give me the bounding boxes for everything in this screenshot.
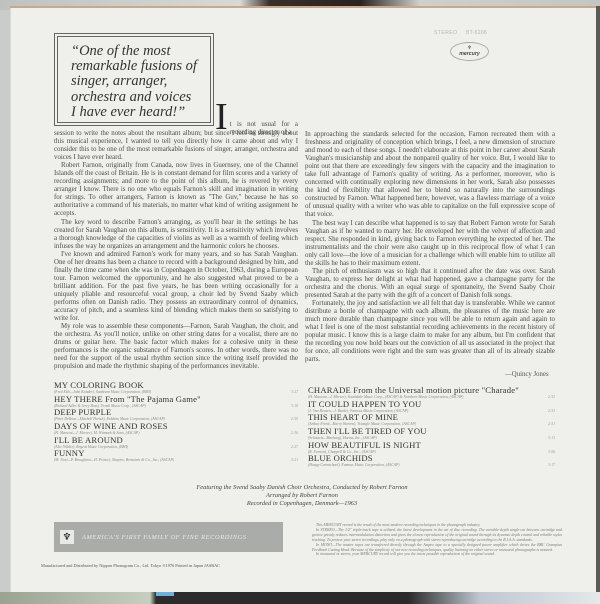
manufacturer-notice: Manufactured and Distributed by Nippon P…	[41, 563, 220, 568]
track-credit: (Hoagy Carmichael), Famous Music Corpora…	[308, 463, 555, 468]
pull-quote-text: “One of the most remarkable fusions of s…	[71, 44, 210, 120]
liner-paragraph: Fortunately, the joy and satisfaction we…	[305, 300, 555, 364]
cover-top-edge	[10, 6, 598, 8]
track-title: THIS HEART OF MINE	[308, 413, 555, 422]
pull-quote-box: “One of the most remarkable fusions of s…	[54, 33, 214, 126]
track-time: 2:53	[548, 409, 555, 413]
track-credit: (M. Noel—P. Broughton—H. Prince), Shapir…	[54, 458, 298, 463]
track-time: 3:13	[548, 436, 555, 440]
track-time: 3:21	[291, 458, 298, 462]
track-item: IT COULD HAPPEN TO YOU (J. Van Heusen—J.…	[308, 400, 555, 414]
liner-notes-right-column: In approaching the standards selected fo…	[305, 131, 555, 364]
track-time: 3:27	[291, 390, 298, 394]
liner-paragraph: In approaching the standards selected fo…	[305, 131, 555, 220]
track-title: I'LL BE AROUND	[54, 436, 298, 445]
track-time: 2:53	[548, 395, 555, 399]
drop-cap: I	[215, 102, 228, 132]
liner-paragraph: session to write the notes about the res…	[54, 130, 298, 162]
track-time: 2:50	[291, 417, 298, 421]
photo-background-bottom	[0, 592, 600, 604]
track-title: MY COLORING BOOK	[54, 381, 298, 390]
technical-note: In monaural or stereo, your MERCURY reco…	[312, 552, 562, 557]
track-item: DAYS OF WINE AND ROSES (H. Mancini—J. Me…	[54, 422, 298, 436]
liner-paragraph: I've known and admired Farnon's work for…	[54, 251, 298, 323]
tracklist-side-one: MY COLORING BOOK (Fred Ebb—John Kander),…	[54, 381, 298, 463]
author-signature: —Quincy Jones	[505, 371, 549, 378]
liner-paragraph: The key word to describe Farnon's arrang…	[54, 219, 298, 251]
recording-credits: Featuring the Svend Saaby Danish Choir O…	[172, 484, 432, 509]
track-time: 3:18	[291, 404, 298, 408]
track-title: DAYS OF WINE AND ROSES	[54, 422, 298, 431]
catalog-number: BT-5206	[466, 30, 487, 36]
track-time: 2:51	[548, 422, 555, 426]
track-item: HEY THERE From "The Pajama Game" (Richar…	[54, 395, 298, 409]
track-time: 2:27	[291, 445, 298, 449]
liner-paragraph: My role was to assemble these components…	[54, 323, 298, 371]
track-title: CHARADE From the Universal motion pictur…	[308, 386, 555, 395]
track-time: 3:06	[548, 450, 555, 454]
mercury-technical-notes: This MERCURY record is the result of the…	[312, 523, 562, 557]
track-item: I'LL BE AROUND (Alec Wilder), Regent Mus…	[54, 436, 298, 450]
stereo-label: STEREO	[434, 30, 458, 36]
credits-featuring: Featuring the Svend Saaby Danish Choir O…	[172, 484, 432, 492]
track-item: BLUE ORCHIDS (Hoagy Carmichael), Famous …	[308, 454, 555, 468]
track-item: CHARADE From the Universal motion pictur…	[308, 386, 555, 400]
credits-recorded: Recorded in Copenhagen, Denmark—1963	[172, 500, 432, 508]
banner-slogan: AMERICA'S FIRST FAMILY OF FINE RECORDING…	[82, 534, 247, 541]
track-title: IT COULD HAPPEN TO YOU	[308, 400, 555, 409]
technical-note: In STEREO—The 1/2" triple-track tape is …	[312, 528, 562, 543]
background-blue-object	[156, 592, 174, 596]
track-title: THEN I'LL BE TIRED OF YOU	[308, 427, 555, 436]
cover-right-edge	[596, 6, 600, 594]
track-title: HOW BEAUTIFUL IS NIGHT	[308, 441, 555, 450]
track-item: MY COLORING BOOK (Fred Ebb—John Kander),…	[54, 381, 298, 395]
track-title: DEEP PURPLE	[54, 408, 298, 417]
track-time: 3:17	[548, 463, 555, 467]
liner-notes-left-column: session to write the notes about the res…	[54, 130, 298, 371]
track-title: HEY THERE From "The Pajama Game"	[54, 395, 298, 404]
track-item: THEN I'LL BE TIRED OF YOU (Schwartz—Harb…	[308, 427, 555, 441]
mercury-logo: ♆ mercury	[450, 42, 489, 61]
track-item: THIS HEART OF MINE (Arthur Freed—Harry W…	[308, 413, 555, 427]
mercury-logo-text: mercury	[459, 51, 479, 57]
track-time: 2:36	[291, 431, 298, 435]
track-item: HOW BEAUTIFUL IS NIGHT (R. Farnon), Chap…	[308, 441, 555, 455]
tracklist-side-two: CHARADE From the Universal motion pictur…	[308, 386, 555, 468]
pull-quote-inner-frame: “One of the most remarkable fusions of s…	[57, 36, 211, 123]
liner-paragraph: The pitch of enthusiasm was so high that…	[305, 268, 555, 300]
mercury-banner: ♆ AMERICA'S FIRST FAMILY OF FINE RECORDI…	[54, 522, 283, 552]
mercury-head-icon: ♆	[60, 530, 74, 544]
liner-paragraph: The best way I can describe what happene…	[305, 220, 555, 268]
track-item: FUNNY (M. Noel—P. Broughton—H. Prince), …	[54, 449, 298, 463]
track-title: FUNNY	[54, 449, 298, 458]
credits-arranger: Arranged by Robert Farnon	[172, 492, 432, 500]
track-item: DEEP PURPLE (Peter DeRose—Mitchell Paris…	[54, 408, 298, 422]
liner-paragraph: Robert Farnon, originally from Canada, n…	[54, 162, 298, 218]
technical-note: In MONO—The master tapes are transferred…	[312, 543, 562, 553]
track-title: BLUE ORCHIDS	[308, 454, 555, 463]
